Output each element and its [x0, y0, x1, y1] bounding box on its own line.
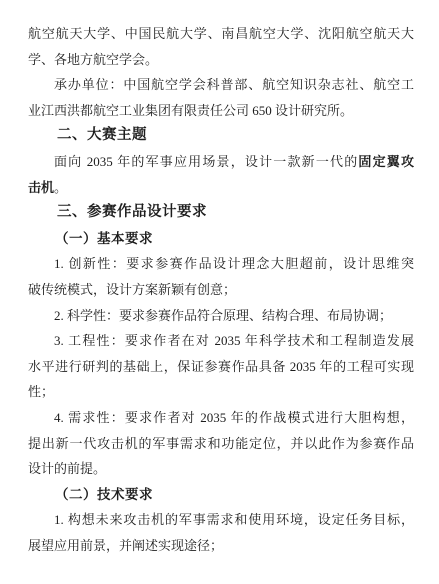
text-line: 二、大赛主题: [28, 123, 414, 149]
bold-text-run: 击机: [28, 180, 54, 195]
text-run: 学、各地方航空学会。: [28, 52, 158, 67]
bold-text-run: 三、参赛作品设计要求: [57, 204, 207, 220]
heading-design-requirements: 三、参赛作品设计要求: [28, 200, 414, 226]
undertaking-units: 承办单位：中国航空学会科普部、航空知识杂志社、航空工业江西洪都航空工业集团有限责…: [28, 72, 414, 123]
theme-description: 面向 2035 年的军事应用场景，设计一款新一代的固定翼攻击机。: [28, 149, 414, 200]
organizer-units-continued: 航空航天大学、中国民航大学、南昌航空大学、沈阳航空航天大学、各地方航空学会。: [28, 21, 414, 72]
text-line: 提出新一代攻击机的军事需求和功能定位，并以此作为参赛作品: [28, 431, 414, 457]
text-line: 业江西洪都航空工业集团有限责任公司 650 设计研究所。: [28, 98, 414, 124]
text-line: 1. 构想未来攻击机的军事需求和使用环境，设定任务目标，: [28, 507, 414, 533]
requirement-innovation: 1. 创新性：要求参赛作品设计理念大胆超前，设计思维突破传统模式，设计方案新颖有…: [28, 251, 414, 302]
text-run: 业江西洪都航空工业集团有限责任公司 650 设计研究所。: [28, 103, 353, 118]
requirement-science: 2. 科学性：要求参赛作品符合原理、结构合理、布局协调；: [28, 303, 414, 329]
text-line: 1. 创新性：要求参赛作品设计理念大胆超前，设计思维突: [28, 251, 414, 277]
text-run: 2. 科学性：要求参赛作品符合原理、结构合理、布局协调；: [54, 308, 392, 323]
document-page: 航空航天大学、中国民航大学、南昌航空大学、沈阳航空航天大学、各地方航空学会。承办…: [0, 0, 439, 584]
text-run: 提出新一代攻击机的军事需求和功能定位，并以此作为参赛作品: [28, 436, 414, 451]
text-run: 展望应用前景，并阐述实现途径；: [28, 538, 223, 553]
text-line: （二）技术要求: [28, 482, 414, 508]
text-line: 三、参赛作品设计要求: [28, 200, 414, 226]
text-run: 承办单位：中国航空学会科普部、航空知识杂志社、航空工: [54, 77, 414, 92]
text-line: 学、各地方航空学会。: [28, 47, 414, 73]
bold-text-run: （一）基本要求: [55, 231, 153, 246]
text-run: 1. 创新性：要求参赛作品设计理念大胆超前，设计思维突: [54, 256, 414, 271]
heading-technical-requirements: （二）技术要求: [28, 482, 414, 508]
heading-basic-requirements: （一）基本要求: [28, 226, 414, 252]
text-run: 设计的前提。: [28, 461, 106, 476]
text-line: 3. 工程性：要求作者在对 2035 年科学技术和工程制造发展: [28, 328, 414, 354]
text-line: 2. 科学性：要求参赛作品符合原理、结构合理、布局协调；: [28, 303, 414, 329]
text-line: 4. 需求性：要求作者对 2035 年的作战模式进行大胆构想，: [28, 405, 414, 431]
text-run: 面向 2035 年的军事应用场景，设计一款新一代的: [54, 154, 358, 169]
technical-requirement-1: 1. 构想未来攻击机的军事需求和使用环境，设定任务目标，展望应用前景，并阐述实现…: [28, 507, 414, 558]
text-line: 击机。: [28, 175, 414, 201]
text-line: （一）基本要求: [28, 226, 414, 252]
bold-text-run: （二）技术要求: [55, 487, 153, 502]
text-line: 展望应用前景，并阐述实现途径；: [28, 533, 414, 559]
text-line: 面向 2035 年的军事应用场景，设计一款新一代的固定翼攻: [28, 149, 414, 175]
heading-competition-theme: 二、大赛主题: [28, 123, 414, 149]
text-line: 性；: [28, 379, 414, 405]
text-line: 承办单位：中国航空学会科普部、航空知识杂志社、航空工: [28, 72, 414, 98]
text-run: 性；: [28, 384, 54, 399]
text-run: 航空航天大学、中国民航大学、南昌航空大学、沈阳航空航天大: [28, 26, 414, 41]
requirement-demand: 4. 需求性：要求作者对 2035 年的作战模式进行大胆构想，提出新一代攻击机的…: [28, 405, 414, 482]
text-run: 1. 构想未来攻击机的军事需求和使用环境，设定任务目标，: [54, 512, 414, 527]
text-run: 破传统模式，设计方案新颖有创意；: [28, 282, 236, 297]
requirement-engineering: 3. 工程性：要求作者在对 2035 年科学技术和工程制造发展水平进行研判的基础…: [28, 328, 414, 405]
bold-text-run: 固定翼攻: [358, 154, 414, 169]
text-run: 4. 需求性：要求作者对 2035 年的作战模式进行大胆构想，: [54, 410, 414, 425]
text-line: 破传统模式，设计方案新颖有创意；: [28, 277, 414, 303]
text-run: 水平进行研判的基础上，保证参赛作品具备 2035 年的工程可实现: [28, 359, 414, 374]
text-line: 设计的前提。: [28, 456, 414, 482]
text-run: 3. 工程性：要求作者在对 2035 年科学技术和工程制造发展: [54, 333, 414, 348]
bold-text-run: 二、大赛主题: [57, 127, 147, 143]
text-line: 航空航天大学、中国民航大学、南昌航空大学、沈阳航空航天大: [28, 21, 414, 47]
document-body: 航空航天大学、中国民航大学、南昌航空大学、沈阳航空航天大学、各地方航空学会。承办…: [28, 21, 414, 558]
text-line: 水平进行研判的基础上，保证参赛作品具备 2035 年的工程可实现: [28, 354, 414, 380]
text-run: 。: [54, 180, 67, 195]
